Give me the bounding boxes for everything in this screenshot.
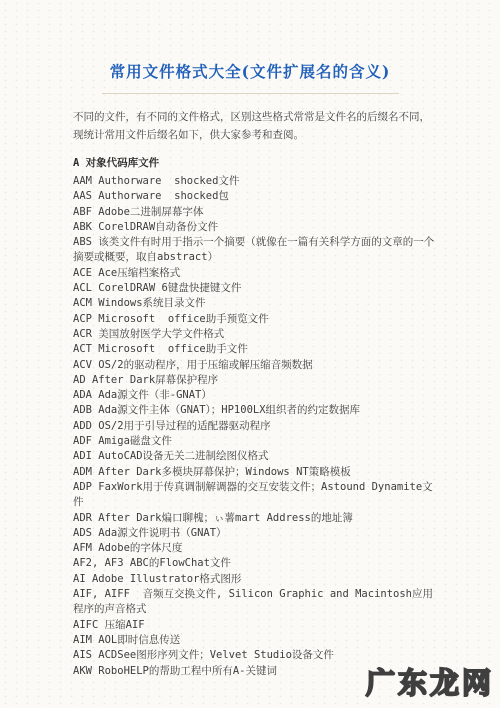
page-title: 常用文件格式大全(文件扩展名的含义) xyxy=(0,0,500,82)
list-item: ABK CorelDRAW自动备份文件 xyxy=(73,220,438,235)
list-item: AF2, AF3 ABC的FlowChat文件 xyxy=(73,556,438,571)
list-item: ACP Microsoft office助手预览文件 xyxy=(73,312,438,327)
list-item: ADI AutoCAD设备无关二进制绘图仪格式 xyxy=(73,449,438,464)
list-item: ACL CorelDRAW 6键盘快捷键文件 xyxy=(73,281,438,296)
list-item: ACT Microsoft office助手文件 xyxy=(73,342,438,357)
list-item: ADD OS/2用于引导过程的适配器驱动程序 xyxy=(73,419,438,434)
list-item: AIFC 压缩AIF xyxy=(73,618,438,633)
list-item: ADM After Dark多模块屏幕保护；Windows NT策略模板 xyxy=(73,465,438,480)
section-header-a: A 对象代码库文件 xyxy=(73,155,432,171)
list-item: AI Adobe Illustrator格式图形 xyxy=(73,572,438,587)
list-item: ACV OS/2的驱动程序，用于压缩或解压缩音频数据 xyxy=(73,358,438,373)
list-item: AD After Dark屏幕保护程序 xyxy=(73,373,438,388)
list-item: ADB Ada源文件主体（GNAT）；HP100LX组织者的约定数据库 xyxy=(73,403,438,418)
list-item: ACM Windows系统目录文件 xyxy=(73,296,438,311)
list-item: ABF Adobe二进制屏幕字体 xyxy=(73,205,438,220)
list-item: ACR 美国放射医学大学文件格式 xyxy=(73,327,438,342)
list-item: AAM Authorware shocked文件 xyxy=(73,174,438,189)
list-item: AIF, AIFF 音频互交换文件, Silicon Graphic and M… xyxy=(73,587,438,618)
list-item: ABS 该类文件有时用于指示一个摘要（就像在一篇有关科学方面的文章的一个摘要或概… xyxy=(73,235,438,266)
list-item: ADP FaxWork用于传真调制解调器的交互安装文件；Astound Dyna… xyxy=(73,480,438,511)
list-item: ADF Amiga磁盘文件 xyxy=(73,434,438,449)
watermark-logo: 广东龙网 xyxy=(366,661,494,702)
document-page: 常用文件格式大全(文件扩展名的含义) 不同的文件，有不同的文件格式，区别这些格式… xyxy=(0,0,500,708)
list-item: AAS Authorware shocked包 xyxy=(73,189,438,204)
list-item: ACE Ace压缩档案格式 xyxy=(73,266,438,281)
file-format-list: AAM Authorware shocked文件AAS Authorware s… xyxy=(73,174,438,679)
title-divider xyxy=(102,93,399,94)
list-item: AIM AOL即时信息传送 xyxy=(73,633,438,648)
list-item: ADR After Dark煸口聊槐；ぃ薯mart Address的地址簿 xyxy=(73,511,438,526)
list-item: AFM Adobe的字体尺度 xyxy=(73,541,438,556)
list-item: ADA Ada源文件（非-GNAT） xyxy=(73,388,438,403)
list-item: ADS Ada源文件说明书（GNAT） xyxy=(73,526,438,541)
intro-paragraph: 不同的文件，有不同的文件格式，区别这些格式常常是文件名的后缀名不同，现统计常用文… xyxy=(73,108,432,144)
